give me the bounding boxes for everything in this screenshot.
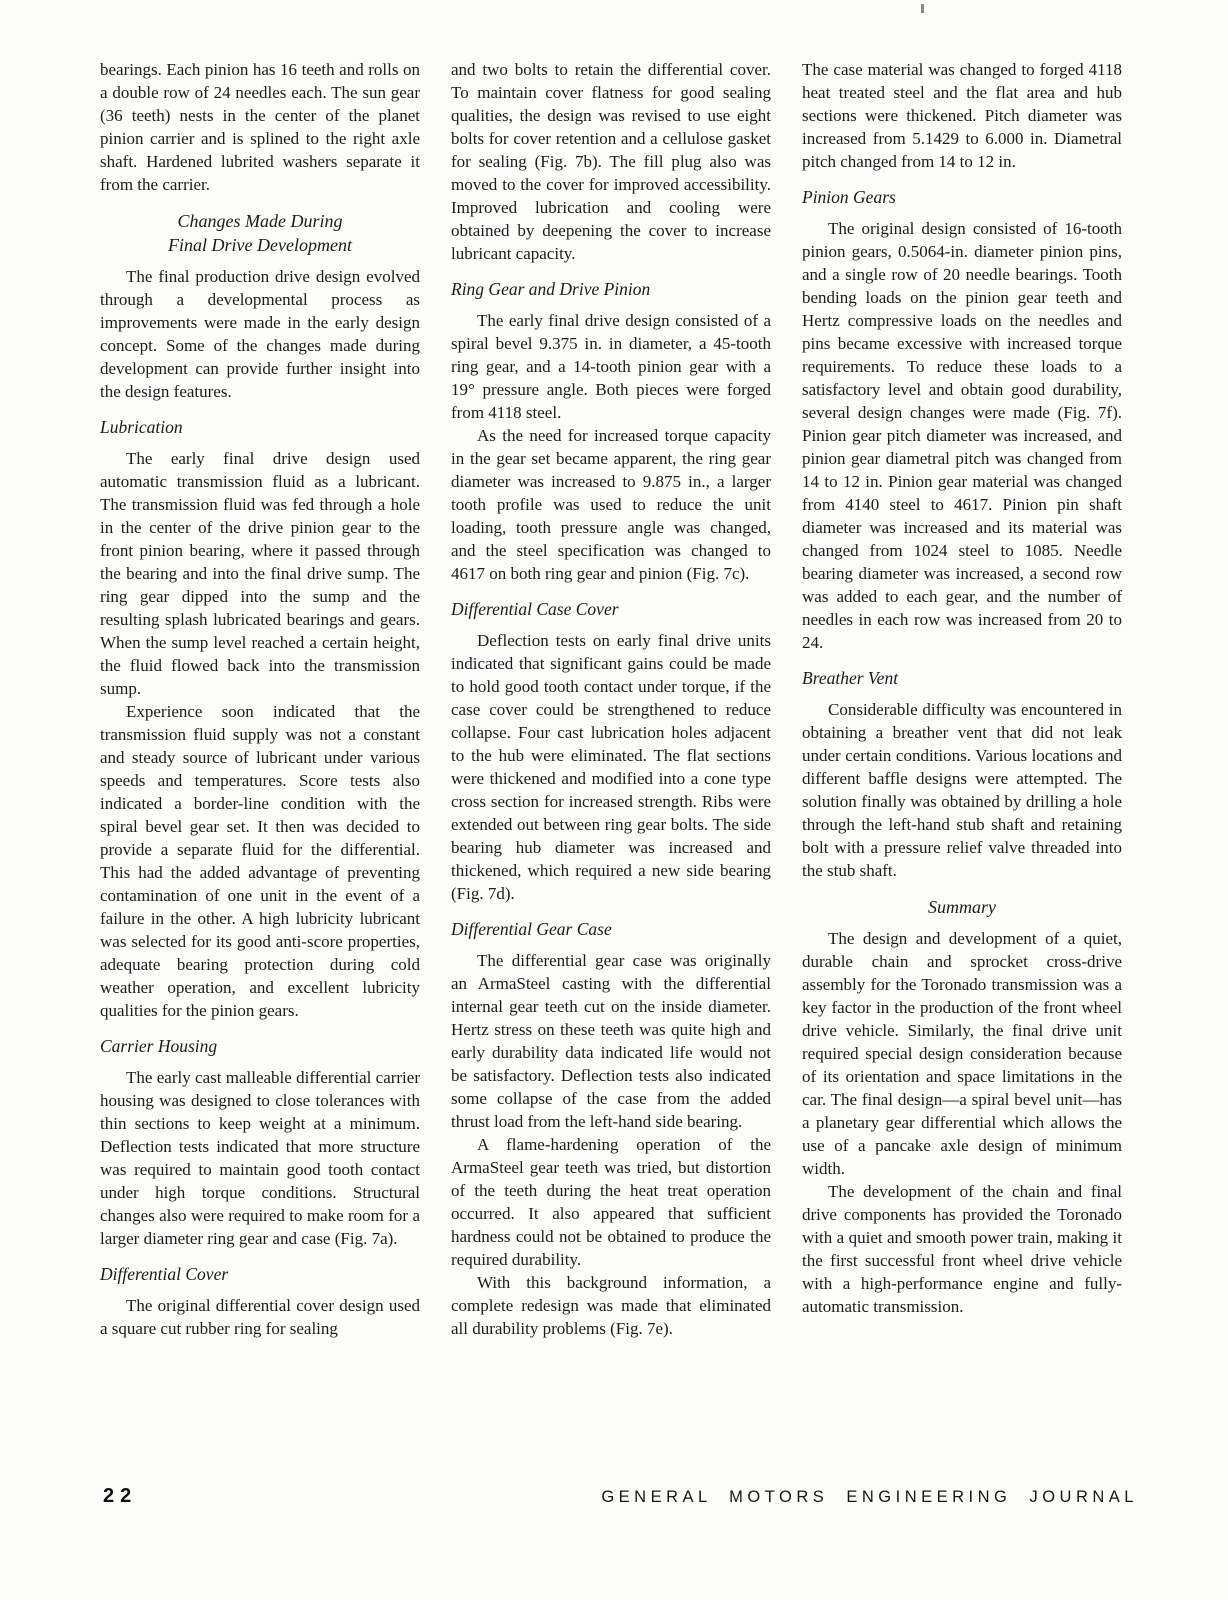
section-heading: Pinion Gears — [802, 186, 1122, 209]
paragraph: The early final drive design consisted o… — [451, 309, 771, 424]
paragraph: The original design consisted of 16-toot… — [802, 217, 1122, 654]
section-heading: Carrier Housing — [100, 1035, 420, 1058]
paragraph: Deflection tests on early final drive un… — [451, 629, 771, 905]
paragraph: Experience soon indicated that the trans… — [100, 700, 420, 1022]
paragraph: bearings. Each pinion has 16 teeth and r… — [100, 58, 420, 196]
scan-speck — [921, 4, 924, 13]
paragraph: A flame-hardening operation of the ArmaS… — [451, 1133, 771, 1271]
section-heading: Breather Vent — [802, 667, 1122, 690]
journal-title: GENERAL MOTORS ENGINEERING JOURNAL — [601, 1488, 1138, 1507]
page-footer: 22 GENERAL MOTORS ENGINEERING JOURNAL — [103, 1485, 1138, 1508]
paragraph: With this background information, a comp… — [451, 1271, 771, 1340]
column-1: bearings. Each pinion has 16 teeth and r… — [100, 58, 420, 1340]
section-heading: Ring Gear and Drive Pinion — [451, 278, 771, 301]
paragraph: The design and development of a quiet, d… — [802, 927, 1122, 1180]
paragraph: The differential gear case was originall… — [451, 949, 771, 1133]
paragraph: The early cast malleable differential ca… — [100, 1066, 420, 1250]
paragraph: and two bolts to retain the differential… — [451, 58, 771, 265]
paragraph: The case material was changed to forged … — [802, 58, 1122, 173]
paragraph: The final production drive design evolve… — [100, 265, 420, 403]
paragraph: The early final drive design used automa… — [100, 447, 420, 700]
paragraph: The original differential cover design u… — [100, 1294, 420, 1340]
paragraph: As the need for increased torque capacit… — [451, 424, 771, 585]
section-heading: Differential Gear Case — [451, 918, 771, 941]
section-heading: Differential Cover — [100, 1263, 420, 1286]
paragraph: The development of the chain and final d… — [802, 1180, 1122, 1318]
section-heading: Lubrication — [100, 416, 420, 439]
column-3: The case material was changed to forged … — [802, 58, 1122, 1340]
centered-heading: Changes Made During Final Drive Developm… — [110, 209, 410, 257]
paragraph: Considerable difficulty was encountered … — [802, 698, 1122, 882]
column-2: and two bolts to retain the differential… — [451, 58, 771, 1340]
article-body: bearings. Each pinion has 16 teeth and r… — [100, 58, 1122, 1340]
journal-page: bearings. Each pinion has 16 teeth and r… — [0, 0, 1228, 1600]
page-number: 22 — [103, 1485, 137, 1508]
centered-heading: Summary — [812, 895, 1112, 919]
section-heading: Differential Case Cover — [451, 598, 771, 621]
